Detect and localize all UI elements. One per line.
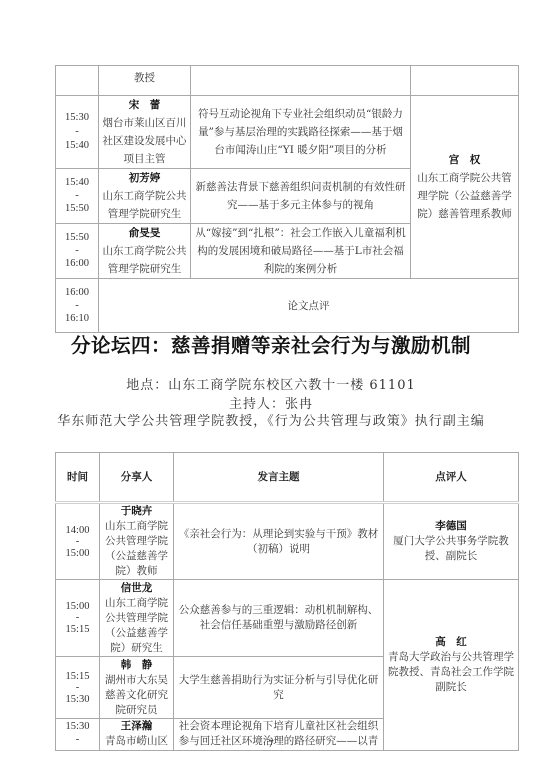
time-start: 16:00	[58, 284, 96, 302]
table-header-row: 时间 分享人 发言主题 点评人	[56, 453, 519, 503]
table-row: 16:00 - 16:10 论文点评	[56, 279, 519, 333]
time-cell: 15:50 - 16:00	[56, 224, 99, 279]
topic-text: 大学生慈善捐助行为实证分析与引导优化研究	[176, 673, 381, 703]
speaker-name: 韩 静	[102, 658, 171, 673]
forum-title: 分论坛四：慈善捐赠等亲社会行为与激励机制	[0, 330, 542, 358]
time-separator: -	[58, 247, 96, 255]
time-end: 15:00	[58, 546, 97, 561]
speaker-name: 信世龙	[102, 581, 171, 596]
speaker-affiliation: 山东工商学院公共管理学院研究生	[101, 187, 188, 223]
reviewer-cell: 宫 权 山东工商学院公共管理学院（公益慈善学院）慈善管理系教师	[411, 96, 519, 279]
time-start: 15:30	[58, 109, 96, 127]
forum-host: 主持人：张冉	[0, 393, 542, 412]
topic-cell: 符号互动论视角下专业社会组织动员“银龄力量”参与基层治理的实践路径探索——基于烟…	[191, 96, 411, 169]
speaker-affiliation: 烟台市莱山区百川社区建设发展中心项目主管	[101, 114, 188, 168]
header-time: 时间	[56, 453, 100, 503]
reviewer-name: 高 红	[386, 635, 516, 650]
speaker-cell: 初芳婷 山东工商学院公共管理学院研究生	[99, 169, 191, 224]
speaker-name: 王泽瀚	[102, 719, 171, 734]
speaker-cell: 教授	[99, 66, 191, 96]
speaker-name: 宋 蕾	[101, 96, 188, 114]
topic-cell: 大学生慈善捐助行为实证分析与引导优化研究	[174, 657, 384, 719]
time-end: 16:10	[58, 310, 96, 328]
speaker-cell: 俞旻旻 山东工商学院公共管理学院研究生	[99, 224, 191, 279]
paper-review-label: 论文点评	[288, 300, 330, 312]
time-end: 15:30	[58, 692, 97, 707]
speaker-name: 俞旻旻	[101, 224, 188, 242]
speaker-affiliation: 湖州市大东吴慈善文化研究院研究员	[102, 673, 171, 718]
speaker-affiliation: 山东工商学院公共管理学院（公益慈善学院）教师	[102, 519, 171, 579]
page-number: 7	[0, 738, 542, 750]
time-separator: -	[58, 302, 96, 310]
schedule-table-continued: 教授 15:30 - 15:40 宋 蕾 烟台市莱山区百川社区建设发展中心项目主…	[55, 65, 519, 333]
schedule-table-forum4: 时间 分享人 发言主题 点评人 14:00 - 15:00 于晓卉 山东工商学院…	[55, 452, 519, 751]
reviewer-name: 李德国	[386, 519, 516, 534]
table-row: 14:00 - 15:00 于晓卉 山东工商学院公共管理学院（公益慈善学院）教师…	[56, 503, 519, 580]
time-separator: -	[58, 684, 97, 692]
time-cell: 14:00 - 15:00	[56, 503, 100, 580]
forum-location: 地点：山东工商学院东校区六教十一楼 61101	[0, 374, 542, 393]
speaker-affiliation: 教授	[101, 69, 188, 87]
time-separator: -	[58, 538, 97, 546]
header-topic: 发言主题	[174, 453, 384, 503]
time-cell: 16:00 - 16:10	[56, 279, 99, 333]
reviewer-name: 宫 权	[413, 151, 516, 169]
reviewer-cell: 高 红 青岛大学政治与公共管理学院教授、青岛社会工作学院副院长	[384, 580, 519, 751]
time-separator: -	[58, 192, 96, 200]
time-cell: 15:15 - 15:30	[56, 657, 100, 719]
reviewer-affiliation: 山东工商学院公共管理学院（公益慈善学院）慈善管理系教师	[413, 169, 516, 223]
time-cell: 15:00 - 15:15	[56, 580, 100, 657]
time-start: 15:30	[58, 719, 97, 735]
reviewer-affiliation: 青岛大学政治与公共管理学院教授、青岛社会工作学院副院长	[386, 650, 516, 695]
time-cell: 15:30 - 15:40	[56, 96, 99, 169]
topic-cell: 公众慈善参与的三重逻辑：动机机制解构、社会信任基础重塑与激励路径创新	[174, 580, 384, 657]
header-speaker: 分享人	[100, 453, 174, 503]
document-page: 教授 15:30 - 15:40 宋 蕾 烟台市莱山区百川社区建设发展中心项目主…	[0, 0, 542, 768]
reviewer-cell	[411, 66, 519, 96]
time-end: 16:00	[58, 255, 96, 273]
time-separator: -	[58, 127, 96, 137]
speaker-affiliation: 山东工商学院公共管理学院（公益慈善学院）研究生	[102, 596, 171, 656]
topic-cell	[191, 66, 411, 96]
time-end: 15:15	[58, 622, 97, 637]
time-cell	[56, 66, 99, 96]
speaker-cell: 韩 静 湖州市大东吴慈善文化研究院研究员	[100, 657, 174, 719]
topic-cell: 《亲社会行为：从理论到实验与干预》教材（初稿）说明	[174, 503, 384, 580]
reviewer-cell: 李德国 厦门大学公共事务学院教授、副院长	[384, 503, 519, 580]
speaker-cell: 信世龙 山东工商学院公共管理学院（公益慈善学院）研究生	[100, 580, 174, 657]
topic-cell: 从“嫁接”到“扎根”：社会工作嵌入儿童福利机构的发展困境和破局路径——基于L市社…	[191, 224, 411, 279]
table-row: 教授	[56, 66, 519, 96]
header-reviewer: 点评人	[384, 453, 519, 503]
forum-host-title: 华东师范大学公共管理学院教授，《行为公共管理与政策》执行副主编	[0, 412, 542, 431]
time-end: 15:40	[58, 137, 96, 155]
time-cell: 15:40 - 15:50	[56, 169, 99, 224]
topic-cell: 新慈善法背景下慈善组织问责机制的有效性研究——基于多元主体参与的视角	[191, 169, 411, 224]
reviewer-affiliation: 厦门大学公共事务学院教授、副院长	[386, 534, 516, 564]
speaker-name: 于晓卉	[102, 504, 171, 519]
speaker-cell: 宋 蕾 烟台市莱山区百川社区建设发展中心项目主管	[99, 96, 191, 169]
topic-text: 《亲社会行为：从理论到实验与干预》教材（初稿）说明	[176, 527, 381, 557]
topic-text: 符号互动论视角下专业社会组织动员“银龄力量”参与基层治理的实践路径探索——基于烟…	[193, 105, 408, 159]
topic-text: 新慈善法背景下慈善组织问责机制的有效性研究——基于多元主体参与的视角	[193, 178, 408, 214]
time-separator: -	[58, 614, 97, 622]
topic-text: 从“嫁接”到“扎根”：社会工作嵌入儿童福利机构的发展困境和破局路径——基于L市社…	[193, 224, 408, 278]
topic-text: 公众慈善参与的三重逻辑：动机机制解构、社会信任基础重塑与激励路径创新	[176, 603, 381, 633]
table-row: 15:00 - 15:15 信世龙 山东工商学院公共管理学院（公益慈善学院）研究…	[56, 580, 519, 657]
speaker-cell: 于晓卉 山东工商学院公共管理学院（公益慈善学院）教师	[100, 503, 174, 580]
paper-review-cell: 论文点评	[99, 279, 519, 333]
time-end: 15:50	[58, 200, 96, 218]
speaker-name: 初芳婷	[101, 169, 188, 187]
table-row: 15:30 - 15:40 宋 蕾 烟台市莱山区百川社区建设发展中心项目主管 符…	[56, 96, 519, 169]
speaker-affiliation: 山东工商学院公共管理学院研究生	[101, 242, 188, 278]
